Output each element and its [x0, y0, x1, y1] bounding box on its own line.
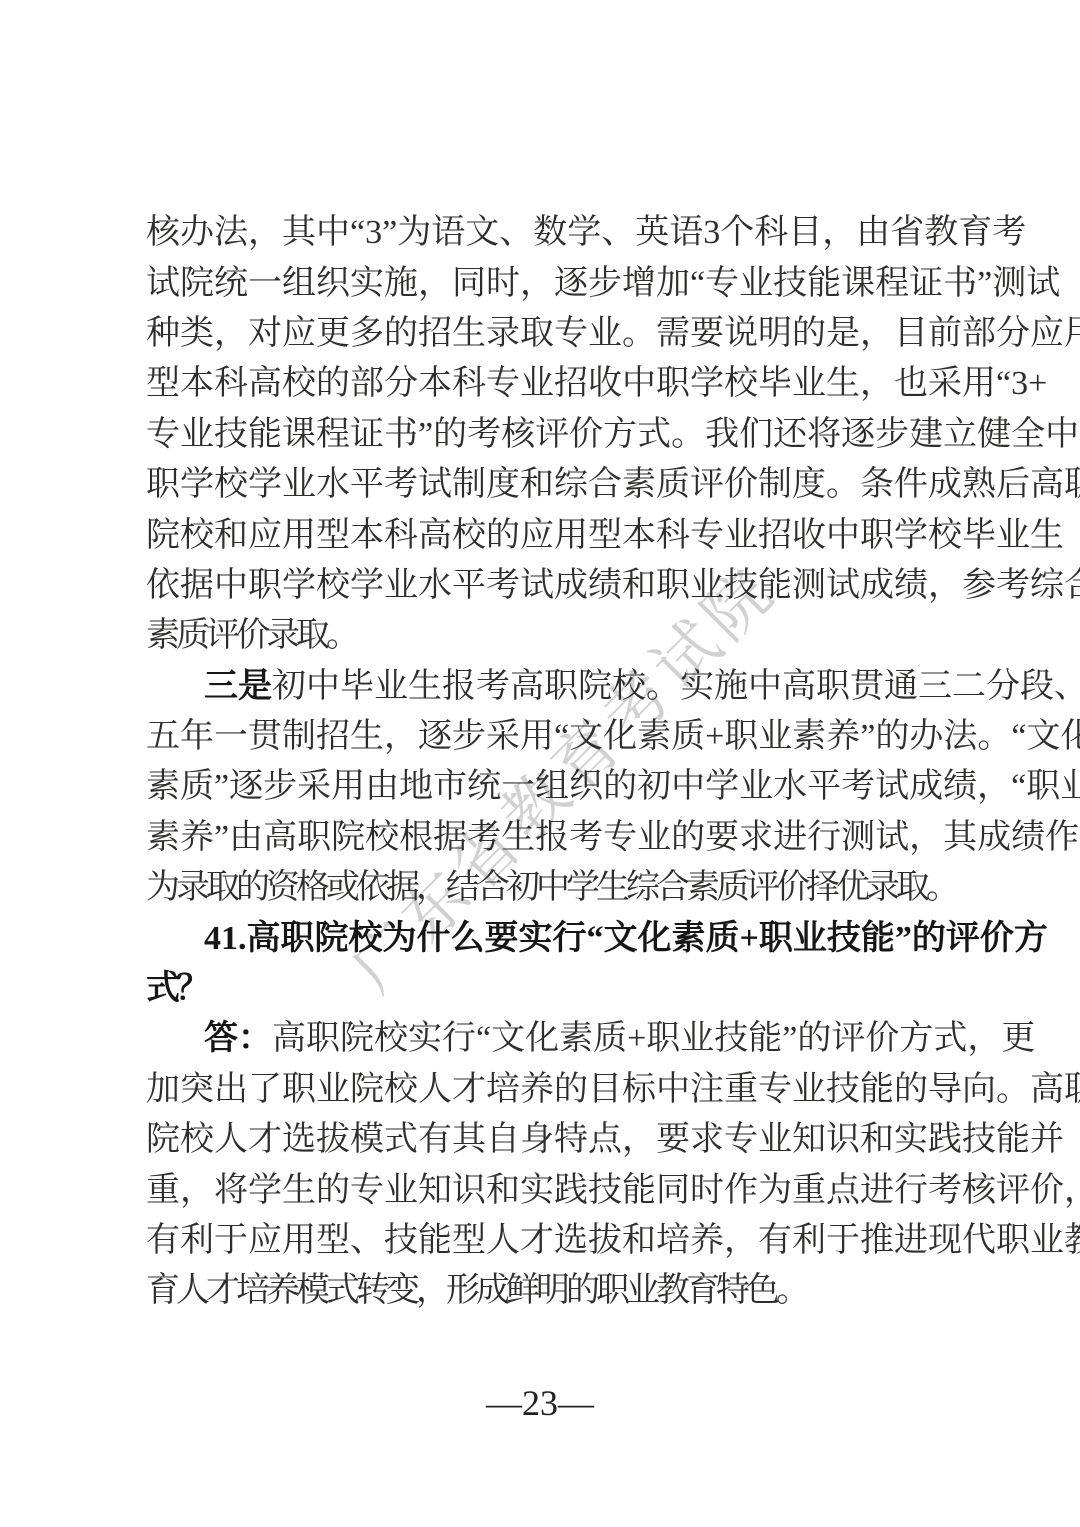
glyph: + [627, 1022, 646, 1056]
glyph: 综 [554, 468, 588, 502]
glyph: 试 [146, 267, 180, 301]
glyph: 后 [996, 468, 1030, 502]
glyph: 科 [452, 367, 486, 401]
glyph: 素 [637, 720, 671, 754]
glyph: 色 [746, 1274, 776, 1308]
glyph: 试 [418, 468, 452, 502]
glyph: 是 [238, 670, 272, 704]
glyph: “ [587, 922, 604, 956]
text-line: 育人才培养模式转变，形成鲜明的职业教育特色。 [146, 1266, 956, 1316]
glyph: 绩 [943, 770, 977, 804]
glyph: 用 [962, 367, 996, 401]
glyph: 同 [656, 1174, 690, 1208]
glyph: 数 [533, 216, 567, 250]
glyph: 立 [943, 418, 977, 452]
glyph: 了 [248, 1073, 282, 1107]
glyph: 价 [569, 418, 603, 452]
glyph: 。 [776, 1274, 806, 1308]
glyph: 职 [759, 922, 793, 956]
glyph: 有 [146, 1224, 180, 1258]
glyph: 一 [501, 770, 535, 804]
glyph: 的 [554, 1073, 588, 1107]
glyph: 职 [248, 569, 282, 603]
glyph: 更 [316, 317, 350, 351]
glyph: 制 [758, 468, 792, 502]
glyph: 专 [603, 821, 637, 855]
page-footer: —23— [0, 1378, 1080, 1428]
glyph: 培 [486, 1073, 520, 1107]
glyph: 重 [724, 1073, 758, 1107]
glyph: 合 [656, 871, 686, 905]
glyph: 业 [758, 1123, 792, 1157]
glyph: ” [418, 418, 433, 452]
glyph: 考 [467, 418, 501, 452]
glyph: 测 [992, 267, 1026, 301]
glyph: ： [238, 1022, 272, 1056]
glyph: 采 [297, 770, 331, 804]
glyph: 的 [486, 519, 520, 553]
glyph: 能 [807, 267, 841, 301]
glyph: + [705, 720, 724, 754]
glyph: 职 [656, 367, 690, 401]
glyph: 价 [865, 1022, 899, 1056]
glyph: 生 [501, 821, 535, 855]
glyph: 院 [146, 1123, 180, 1157]
glyph: 式 [933, 1022, 967, 1056]
glyph: 能 [758, 569, 792, 603]
glyph: 市 [433, 770, 467, 804]
glyph: 初 [506, 871, 536, 905]
glyph: 业 [374, 670, 408, 704]
glyph: 收 [588, 367, 622, 401]
glyph: 试 [826, 569, 860, 603]
glyph: 据 [180, 569, 214, 603]
glyph: 养 [180, 821, 214, 855]
glyph: 学 [690, 367, 724, 401]
glyph: 职 [1064, 468, 1080, 502]
glyph: 由 [229, 821, 263, 855]
glyph: 考 [467, 821, 501, 855]
glyph: 录 [176, 871, 206, 905]
glyph: 专 [724, 1123, 758, 1157]
glyph: 人 [176, 1274, 206, 1308]
glyph: 职 [297, 821, 331, 855]
glyph: 测 [792, 569, 826, 603]
glyph: 评 [946, 922, 980, 956]
glyph: 转 [356, 1274, 386, 1308]
glyph: 录 [486, 317, 520, 351]
glyph: 择 [806, 871, 836, 905]
glyph: 型 [146, 367, 180, 401]
glyph: 中 [306, 670, 340, 704]
glyph: 本 [418, 367, 452, 401]
glyph: 职 [596, 1274, 626, 1308]
glyph: 价 [724, 468, 758, 502]
glyph: 的 [875, 720, 909, 754]
glyph: 文 [569, 720, 603, 754]
glyph: 和 [486, 1174, 520, 1208]
glyph: 注 [690, 1073, 724, 1107]
glyph: 中 [214, 569, 248, 603]
glyph: 质 [716, 871, 746, 905]
glyph: 核 [501, 418, 535, 452]
glyph: 据 [386, 871, 416, 905]
text-line: 加突出了职业院校人才培养的目标中注重专业技能的导向。高职 [146, 1065, 956, 1115]
glyph: 职 [1064, 1073, 1080, 1107]
glyph: 本 [350, 519, 384, 553]
glyph: 分 [384, 367, 418, 401]
glyph: 业 [1030, 1224, 1064, 1258]
glyph: ， [928, 569, 962, 603]
glyph: 能 [418, 1224, 452, 1258]
glyph: 践 [554, 1174, 588, 1208]
glyph: 的 [912, 922, 946, 956]
glyph: 考 [928, 1174, 962, 1208]
glyph: 依 [356, 871, 386, 905]
glyph: 逐 [418, 720, 452, 754]
glyph: 学 [180, 468, 214, 502]
glyph: 逐 [229, 770, 263, 804]
glyph: 学 [567, 216, 601, 250]
glyph: 合 [588, 468, 622, 502]
glyph: 生 [350, 720, 384, 754]
glyph: 作 [724, 1174, 758, 1208]
text-line: 重，将学生的专业知识和实践技能同时作为重点进行考核评价， [146, 1165, 956, 1215]
glyph: 程 [875, 267, 909, 301]
glyph: 应 [248, 519, 282, 553]
glyph: 招 [554, 367, 588, 401]
glyph: 专 [690, 519, 724, 553]
glyph: 业 [637, 821, 671, 855]
glyph: 求 [690, 1123, 724, 1157]
glyph: 业 [180, 418, 214, 452]
glyph: 高 [1030, 468, 1064, 502]
glyph: 培 [236, 1274, 266, 1308]
glyph: 的 [433, 418, 467, 452]
text-line: 三是初中毕业生报考高职院校。实施中高职贯通三二分段、 [204, 662, 956, 712]
text-line: 五年一贯制招生，逐步采用“文化素质+职业素养”的办法。“文化 [146, 712, 956, 762]
text-line: 依据中职学校学业水平考试成绩和职业技能测试成绩，参考综合 [146, 561, 956, 611]
glyph: 。 [646, 670, 680, 704]
glyph: 步 [263, 770, 297, 804]
glyph: 养 [266, 1274, 296, 1308]
glyph: 的 [316, 1174, 350, 1208]
glyph: 式 [384, 1123, 418, 1157]
glyph: 素 [686, 871, 716, 905]
glyph: ， [977, 770, 1011, 804]
glyph: 专 [486, 367, 520, 401]
glyph: 知 [418, 1174, 452, 1208]
glyph: 。 [326, 619, 356, 653]
glyph: 能 [996, 1123, 1030, 1157]
glyph: ” [214, 821, 229, 855]
glyph: 能 [748, 1022, 782, 1056]
glyph: 业 [792, 1073, 826, 1107]
glyph: 行 [553, 922, 587, 956]
glyph: ， [860, 367, 894, 401]
glyph: 业 [384, 1174, 418, 1208]
glyph: 要 [656, 1123, 690, 1157]
glyph: 化 [1060, 720, 1080, 754]
glyph: 素 [792, 720, 826, 754]
glyph: 实 [350, 267, 384, 301]
glyph: ， [909, 821, 943, 855]
glyph: 职 [860, 519, 894, 553]
glyph: 说 [724, 317, 758, 351]
text-line: 素养”由高职院校根据考生报考专业的要求进行测试，其成绩作 [146, 813, 956, 863]
glyph: 三 [204, 670, 238, 704]
glyph: 参 [962, 569, 996, 603]
glyph: 试 [1026, 267, 1060, 301]
glyph: 织 [569, 770, 603, 804]
glyph: 养 [690, 1224, 724, 1258]
glyph: 测 [841, 821, 875, 855]
glyph: 中 [1045, 418, 1079, 452]
glyph: 什 [417, 922, 451, 956]
glyph: 校 [928, 519, 962, 553]
glyph: 业 [316, 1073, 350, 1107]
glyph: 中 [656, 1073, 690, 1107]
glyph: 型 [588, 519, 622, 553]
glyph: 英 [635, 216, 669, 250]
glyph: 有 [758, 1224, 792, 1258]
glyph: “ [476, 1022, 491, 1056]
glyph: 制 [452, 468, 486, 502]
glyph: 学 [248, 1174, 282, 1208]
page-number: —23— [486, 1383, 594, 1423]
glyph: 评 [746, 871, 776, 905]
glyph: 鲜 [506, 1274, 536, 1308]
glyph: 其 [452, 1123, 486, 1157]
glyph: 素 [146, 821, 180, 855]
glyph: 生 [826, 367, 860, 401]
text-line: 素质”逐步采用由地市统一组织的初中学业水平考试成绩，“职业 [146, 762, 956, 812]
glyph: 考 [384, 468, 418, 502]
glyph: 将 [214, 1174, 248, 1208]
glyph: 院 [180, 267, 214, 301]
glyph: 生 [1030, 519, 1064, 553]
glyph: 段 [1020, 670, 1054, 704]
glyph: 和 [860, 1123, 894, 1157]
glyph: 。 [996, 1073, 1030, 1107]
glyph: 式 [146, 972, 176, 1006]
glyph: 步 [452, 720, 486, 754]
glyph: 院 [578, 670, 612, 704]
glyph: 实 [894, 1123, 928, 1157]
glyph: 、 [350, 1224, 384, 1258]
glyph: 语 [669, 216, 703, 250]
glyph: 的 [566, 1274, 596, 1308]
glyph: 选 [554, 1224, 588, 1258]
glyph: 水 [418, 569, 452, 603]
glyph: 实 [520, 1174, 554, 1208]
glyph: 中 [826, 519, 860, 553]
glyph: 初 [272, 670, 306, 704]
glyph: 、 [1054, 670, 1080, 704]
glyph: 程 [316, 418, 350, 452]
glyph: 一 [214, 720, 248, 754]
glyph: 文 [465, 216, 499, 250]
glyph: 考 [486, 569, 520, 603]
glyph: 科 [656, 519, 690, 553]
glyph: 技 [827, 922, 861, 956]
glyph: 生 [282, 1174, 316, 1208]
glyph: 贯 [248, 720, 282, 754]
glyph: 加 [146, 1073, 180, 1107]
glyph: 方 [1014, 922, 1048, 956]
glyph: 地 [399, 770, 433, 804]
glyph: 度 [486, 468, 520, 502]
glyph: 多 [350, 317, 384, 351]
glyph: 化 [603, 720, 637, 754]
glyph: 突 [180, 1073, 214, 1107]
glyph: 身 [520, 1123, 554, 1157]
glyph: 人 [418, 1073, 452, 1107]
glyph: 平 [350, 468, 384, 502]
glyph: 试 [875, 821, 909, 855]
glyph: 逐 [554, 267, 588, 301]
glyph: 用 [554, 519, 588, 553]
glyph: 应 [248, 1224, 282, 1258]
glyph: 本 [180, 367, 214, 401]
glyph: 也 [894, 367, 928, 401]
glyph: 向 [962, 1073, 996, 1107]
glyph: 应 [282, 317, 316, 351]
glyph: 为 [146, 871, 176, 905]
glyph: 践 [928, 1123, 962, 1157]
glyph: 施 [714, 670, 748, 704]
glyph: 专 [758, 1073, 792, 1107]
glyph: 件 [894, 468, 928, 502]
glyph: 点 [826, 1174, 860, 1208]
glyph: 对 [248, 317, 282, 351]
text-line: 试院统一组织实施，同时，逐步增加“专业技能课程证书”测试 [146, 258, 956, 308]
glyph: 平 [807, 770, 841, 804]
glyph: 平 [452, 569, 486, 603]
glyph: 目 [788, 216, 822, 250]
glyph: 的 [603, 770, 637, 804]
glyph: 实 [408, 1022, 442, 1056]
glyph: 学 [705, 770, 739, 804]
glyph: 校 [180, 519, 214, 553]
glyph: 熟 [962, 468, 996, 502]
glyph: 科 [214, 367, 248, 401]
glyph: 考 [992, 216, 1026, 250]
glyph: 的 [384, 317, 418, 351]
glyph: 为 [397, 216, 431, 250]
glyph: 逐 [841, 418, 875, 452]
glyph: 育 [958, 216, 992, 250]
glyph: ， [384, 720, 418, 754]
glyph: 价 [980, 922, 1014, 956]
glyph: 分 [986, 670, 1020, 704]
glyph: 合 [476, 871, 506, 905]
glyph: 才 [206, 1274, 236, 1308]
glyph: 质 [656, 468, 690, 502]
glyph: 高 [418, 519, 452, 553]
glyph: 试 [875, 770, 909, 804]
glyph: 业 [793, 922, 827, 956]
glyph: 答 [204, 1022, 238, 1056]
glyph: 应 [1030, 317, 1064, 351]
glyph: 价 [1030, 1174, 1064, 1208]
glyph: 价 [776, 871, 806, 905]
glyph: 特 [554, 1123, 588, 1157]
glyph: + [740, 922, 759, 956]
glyph: 生 [596, 871, 626, 905]
glyph: 职 [996, 1224, 1030, 1258]
glyph: 高 [247, 922, 281, 956]
glyph: “ [350, 216, 365, 250]
glyph: 的 [797, 1022, 831, 1056]
glyph: 报 [535, 821, 569, 855]
glyph: 和 [622, 569, 656, 603]
glyph: 41. [204, 922, 247, 956]
glyph: 本 [622, 519, 656, 553]
glyph: 才 [452, 1073, 486, 1107]
glyph: 取 [520, 317, 554, 351]
glyph: 型 [452, 1224, 486, 1258]
text-line: 种类，对应更多的招生录取专业。需要说明的是，目前部分应用 [146, 309, 956, 359]
glyph: 部 [962, 317, 996, 351]
glyph: 重 [792, 1174, 826, 1208]
glyph: 科 [384, 519, 418, 553]
glyph: 学 [350, 569, 384, 603]
glyph: 业 [520, 367, 554, 401]
glyph: 招 [418, 317, 452, 351]
glyph: 招 [758, 519, 792, 553]
glyph: ” [214, 770, 229, 804]
glyph: 出 [214, 1073, 248, 1107]
glyph: 中 [748, 670, 782, 704]
glyph: 式 [326, 1274, 356, 1308]
glyph: 进 [860, 1174, 894, 1208]
glyph: 用 [331, 770, 365, 804]
glyph: ， [967, 1022, 1001, 1056]
glyph: 职 [816, 670, 850, 704]
glyph: 三 [918, 670, 952, 704]
glyph: ” [782, 1022, 797, 1056]
glyph: 综 [1030, 569, 1064, 603]
glyph: 的 [792, 317, 826, 351]
glyph: 进 [894, 1224, 928, 1258]
glyph: 行 [894, 1174, 928, 1208]
glyph: 施 [384, 267, 418, 301]
glyph: 和 [214, 519, 248, 553]
glyph: 由 [856, 216, 890, 250]
glyph: ， [724, 1224, 758, 1258]
glyph: ， [418, 267, 452, 301]
glyph: 语 [431, 216, 465, 250]
glyph: 培 [656, 1224, 690, 1258]
glyph: 绩 [588, 569, 622, 603]
glyph: 。 [926, 871, 956, 905]
glyph: 院 [315, 922, 349, 956]
glyph: 才 [248, 1123, 282, 1157]
glyph: 职 [281, 922, 315, 956]
glyph: 技 [826, 1073, 860, 1107]
glyph: 水 [773, 770, 807, 804]
glyph: 高 [1030, 1073, 1064, 1107]
glyph: 评 [206, 619, 236, 653]
text-line: 41.高职院校为什么要实行“文化素质+职业技能”的评价方 [204, 913, 956, 963]
glyph: 。 [826, 468, 860, 502]
glyph: ， [622, 1123, 656, 1157]
glyph: 核 [146, 216, 180, 250]
glyph: 院 [146, 519, 180, 553]
glyph: 校 [316, 569, 350, 603]
glyph: 前 [928, 317, 962, 351]
